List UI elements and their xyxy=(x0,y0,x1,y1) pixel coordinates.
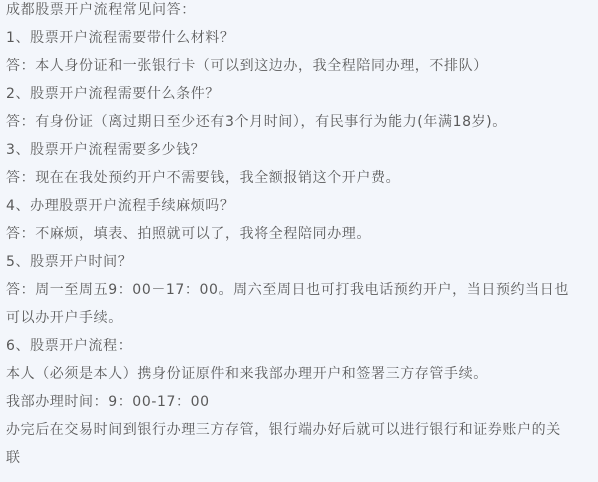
process-step-1: 本人（必须是本人）携身份证原件和来我部办理开户和签署三方存管手续。 xyxy=(6,360,598,388)
answer-5-line-1: 答：周一至周五9：00－17：00。周六至周日也可打我电话预约开户，当日预约当日… xyxy=(6,276,598,304)
document-title: 成都股票开户流程常见问答： xyxy=(6,0,598,24)
answer-5-line-2: 可以办开户手续。 xyxy=(6,304,598,332)
question-4: 4、办理股票开户流程手续麻烦吗？ xyxy=(6,192,598,220)
question-5: 5、股票开户时间？ xyxy=(6,248,598,276)
answer-2: 答：有身份证（离过期日至少还有3个月时间），有民事行为能力(年满18岁)。 xyxy=(6,108,598,136)
question-2: 2、股票开户流程需要什么条件？ xyxy=(6,80,598,108)
question-6: 6、股票开户流程： xyxy=(6,332,598,360)
answer-1: 答：本人身份证和一张银行卡（可以到这边办，我全程陪同办理，不排队） xyxy=(6,52,598,80)
process-step-2-line-2: 联 xyxy=(6,444,598,472)
office-hours: 我部办理时间：9：00-17：00 xyxy=(6,388,598,416)
answer-4: 答：不麻烦，填表、拍照就可以了，我将全程陪同办理。 xyxy=(6,220,598,248)
faq-document: 成都股票开户流程常见问答： 1、股票开户流程需要带什么材料？ 答：本人身份证和一… xyxy=(0,0,598,472)
answer-3: 答：现在在我处预约开户不需要钱，我全额报销这个开户费。 xyxy=(6,164,598,192)
process-step-2-line-1: 办完后在交易时间到银行办理三方存管，银行端办好后就可以进行银行和证券账户的关 xyxy=(6,416,598,444)
question-3: 3、股票开户流程需要多少钱？ xyxy=(6,136,598,164)
question-1: 1、股票开户流程需要带什么材料？ xyxy=(6,24,598,52)
